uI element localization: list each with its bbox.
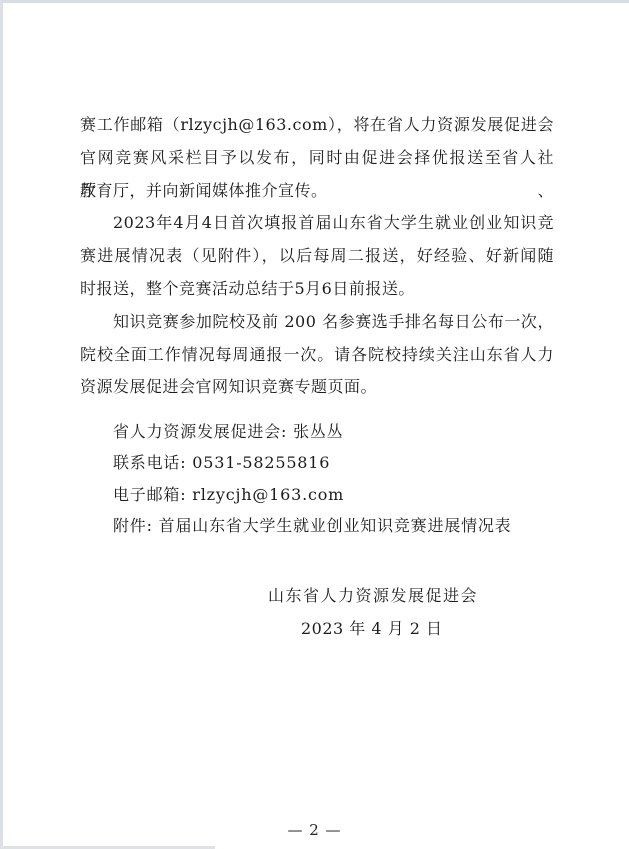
body-line: 2023年4月4日首次填报首届山东省大学生就业创业知识竞 xyxy=(80,207,554,240)
scan-edge-left xyxy=(0,0,3,849)
contact-block: 省人力资源发展促进会: 张丛丛 联系电话: 0531-58255816 电子邮箱… xyxy=(80,416,554,541)
attachment-line: 附件: 首届山东省大学生就业创业知识竞赛进展情况表 xyxy=(80,510,554,541)
body-line: 时报送，整个竞赛活动总结于5月6日前报送。 xyxy=(80,273,554,306)
body-text: 赛工作邮箱（rlzycjh@163.com），将在省人力资源发展促进会 官网竞赛… xyxy=(80,109,554,404)
contact-person-line: 省人力资源发展促进会: 张丛丛 xyxy=(80,416,554,447)
body-line: 官网竞赛风采栏目予以发布，同时由促进会择优报送至省人社厅、 xyxy=(80,142,554,175)
body-line: 赛工作邮箱（rlzycjh@163.com），将在省人力资源发展促进会 xyxy=(80,109,554,142)
signature-date: 2023 年 4 月 2 日 xyxy=(301,619,443,639)
signature-org: 山东省人力资源发展促进会 xyxy=(268,586,478,606)
contact-email-line: 电子邮箱: rlzycjh@163.com xyxy=(80,479,554,510)
body-line: 知识竞赛参加院校及前 200 名参赛选手排名每日公布一次， xyxy=(80,306,554,339)
page-number-footer: — 2 — xyxy=(0,820,629,840)
contact-phone-line: 联系电话: 0531-58255816 xyxy=(80,447,554,478)
body-line: 资源发展促进会官网知识竞赛专题页面。 xyxy=(80,371,554,404)
body-line: 院校全面工作情况每周通报一次。请各院校持续关注山东省人力 xyxy=(80,339,554,372)
body-line: 赛进展情况表（见附件），以后每周二报送，好经验、好新闻随 xyxy=(80,240,554,273)
scan-edge-top xyxy=(0,0,629,3)
document-page: 赛工作邮箱（rlzycjh@163.com），将在省人力资源发展促进会 官网竞赛… xyxy=(0,0,629,849)
